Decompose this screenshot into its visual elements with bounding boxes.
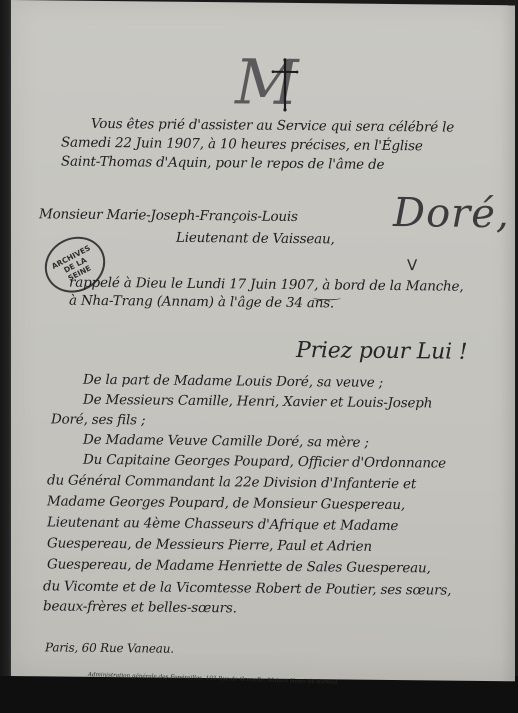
- family-line-10: Guespereau, de Madame Henriette de Sales…: [47, 556, 431, 576]
- family-line-2: De Messieurs Camille, Henri, Xavier et L…: [83, 392, 432, 412]
- family-line-12: beaux-frères et belles-sœurs.: [43, 598, 237, 616]
- family-line-6: du Général Commandant la 22e Division d'…: [47, 472, 416, 492]
- family-line-3: Doré, ses fils ;: [51, 411, 145, 428]
- deceased-surname: Doré,: [393, 190, 510, 237]
- family-line-8: Lieutenant au 4ème Chasseurs d'Afrique e…: [47, 514, 398, 534]
- monogram: M: [223, 57, 343, 118]
- invitation-line-3: Saint-Thomas d'Aquin, pour le repos de l…: [61, 154, 384, 173]
- deceased-title: Lieutenant de Vaisseau,: [176, 230, 335, 248]
- family-line-1: De la part de Madame Louis Doré, sa veuv…: [83, 372, 383, 391]
- family-line-11: du Vicomte et de la Vicomtesse Robert de…: [43, 578, 451, 598]
- invitation-line-2: Samedi 22 Juin 1907, à 10 heures précise…: [61, 135, 423, 155]
- archives-stamp: ARCHIVES DE LA SEINE: [35, 226, 115, 302]
- funeral-notice-paper: M Vous êtes prié d'assister au Service q…: [11, 0, 515, 681]
- death-line-1: rappelé à Dieu le Lundi 17 Juin 1907, à …: [69, 275, 463, 295]
- cross-icon: [270, 58, 300, 112]
- family-line-9: Guespereau, de Messieurs Pierre, Paul et…: [47, 535, 372, 554]
- address: Paris, 60 Rue Vaneau.: [45, 640, 174, 655]
- family-line-4: De Madame Veuve Camille Doré, sa mère ;: [83, 432, 369, 451]
- family-line-7: Madame Georges Poupard, de Monsieur Gues…: [47, 493, 405, 513]
- year-underline: [313, 295, 341, 300]
- family-line-5: Du Capitaine Georges Poupard, Officier d…: [83, 452, 446, 472]
- deceased-name-prefix: Monsieur Marie-Joseph-François-Louis: [39, 206, 298, 225]
- death-line-2: à Nha-Trang (Annam) à l'âge de 34 ans.: [69, 293, 334, 312]
- checkmark-annotation: V: [407, 256, 417, 274]
- prayer-text: Priez pour Lui !: [296, 338, 467, 365]
- invitation-line-1: Vous êtes prié d'assister au Service qui…: [91, 116, 454, 136]
